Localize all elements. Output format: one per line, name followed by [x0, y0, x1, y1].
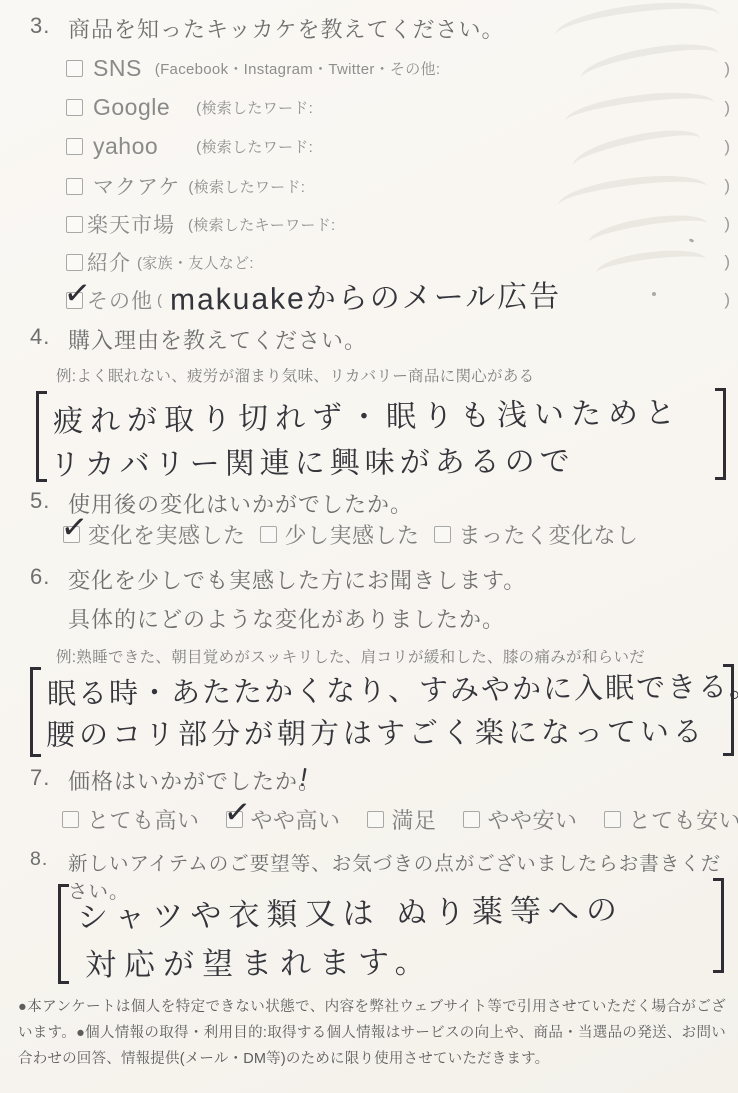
q3-option-yahoo: yahoo (検索したワード: ) [66, 133, 730, 160]
handwritten-answer-q4-line1: 疲れが取り切れず・眠りも浅いためと [53, 388, 683, 441]
q7-option-very-expensive-label: とても高い [87, 804, 200, 835]
q5-option-slight-change-label: 少し実感した [285, 519, 420, 550]
answer-bracket-left [36, 391, 47, 482]
checkbox-satisfied[interactable] [367, 811, 384, 828]
q7-options: とても高い ✓ やや高い 満足 やや安い とても安い [62, 804, 738, 835]
q3-option-rakuten: 楽天市場 (検索したキーワード: ) [66, 209, 730, 239]
question-6-title: 6. 変化を少しでも実感した方にお聞きします。 [30, 564, 526, 595]
question-4-text: 購入理由を教えてください。 [68, 324, 367, 355]
q3-option-makuake-detail: (検索したワード: [188, 176, 305, 197]
q3-option-rakuten-detail: (検索したキーワード: [188, 214, 335, 235]
checkbox-referral[interactable] [66, 254, 83, 271]
close-paren: ) [724, 214, 730, 234]
handwritten-answer-q4-line2: リカバリー関連に興味があるので [50, 436, 575, 484]
checkbox-yahoo[interactable] [66, 138, 83, 155]
question-7-title: 7. 価格はいかがでしたか。 [30, 765, 321, 796]
answer-bracket-left [30, 667, 41, 757]
close-paren: ) [724, 252, 730, 272]
question-3-text: 商品を知ったキッカケを教えてください。 [68, 13, 505, 44]
handwritten-answer-q8-line1: シャツや衣類又は ぬり薬等への [77, 884, 625, 937]
question-6-number: 6. [30, 564, 52, 595]
checkbox-makuake[interactable] [66, 178, 83, 195]
question-3-title: 3. 商品を知ったキッカケを教えてください。 [30, 13, 505, 44]
q5-option-slight-change: 少し実感した [260, 519, 420, 550]
q3-option-google: Google (検索したワード: ) [66, 94, 730, 121]
q7-option-very-expensive: とても高い [62, 804, 200, 835]
question-5-number: 5. [30, 488, 52, 519]
q3-option-makuake-label: マクアケ [93, 171, 180, 201]
answer-bracket-left [58, 884, 69, 984]
q7-option-satisfied-label: 満足 [392, 804, 437, 835]
question-7-number: 7. [30, 765, 52, 796]
close-paren: ) [724, 59, 730, 79]
checkbox-very-expensive[interactable] [62, 811, 79, 828]
q5-option-felt-change: ✓ 変化を実感した [63, 519, 246, 550]
checkbox-felt-change[interactable]: ✓ [63, 526, 80, 543]
checkbox-google[interactable] [66, 99, 83, 116]
handwritten-answer-q3-other: makuakeからのメール広告 [170, 271, 562, 318]
checkbox-other[interactable]: ✓ [66, 292, 83, 309]
checkbox-somewhat-cheap[interactable] [463, 811, 480, 828]
q5-options: ✓ 変化を実感した 少し実感した まったく変化なし [63, 519, 639, 550]
question-4-number: 4. [30, 324, 52, 355]
q4-example: 例:よく眠れない、疲労が溜まり気味、リカバリー商品に関心がある [56, 364, 534, 386]
check-mark: ✓ [222, 795, 252, 830]
answer-bracket-right [713, 878, 724, 973]
q5-option-no-change-label: まったく変化なし [459, 519, 639, 550]
close-paren: ) [724, 290, 730, 310]
q3-option-sns-detail: (Facebook・Instagram・Twitter・その他: [155, 58, 441, 79]
q7-option-satisfied: 満足 [367, 804, 437, 835]
question-5-title: 5. 使用後の変化はいかがでしたか。 [30, 488, 413, 519]
q3-option-sns-label: SNS [93, 55, 142, 82]
q5-option-no-change: まったく変化なし [434, 519, 639, 550]
q3-option-yahoo-label: yahoo [93, 133, 158, 160]
checkbox-slight-change[interactable] [260, 526, 277, 543]
q7-option-very-cheap: とても安い [604, 804, 738, 835]
question-3-number: 3. [30, 13, 52, 44]
q7-option-somewhat-expensive: ✓ やや高い [226, 804, 341, 835]
question-5-text: 使用後の変化はいかがでしたか。 [68, 488, 413, 519]
q3-option-other-label: その他 [87, 285, 153, 315]
scan-smudge [553, 0, 722, 55]
checkbox-somewhat-expensive[interactable]: ✓ [226, 811, 243, 828]
q7-option-somewhat-cheap: やや安い [463, 804, 578, 835]
handwritten-answer-q8-line2: 対応が望まれます。 [85, 936, 434, 984]
q3-option-sns: SNS (Facebook・Instagram・Twitter・その他: ) [66, 55, 730, 82]
question-6-text: 変化を少しでも実感した方にお聞きします。 [68, 564, 526, 595]
q3-option-referral-label: 紹介 [87, 247, 131, 277]
checkbox-very-cheap[interactable] [604, 811, 621, 828]
privacy-notice: ●本アンケートは個人を特定できない状態で、内容を弊社ウェブサイト等で引用させてい… [18, 994, 726, 1072]
question-7-text: 価格はいかがでしたか。 [68, 765, 321, 796]
answer-bracket-right [715, 388, 726, 480]
survey-sheet: 3. 商品を知ったキッカケを教えてください。 SNS (Facebook・Ins… [0, 0, 738, 1093]
q3-option-other[interactable]: ✓ その他 ( makuakeからのメール広告 ) [66, 278, 730, 322]
question-8-number: 8. [30, 848, 52, 904]
q3-option-other-detail: ( [157, 292, 162, 309]
handwritten-answer-q6-line1: 眠る時・あたたかくなり、すみやかに入眠できる。 [47, 664, 738, 712]
close-paren: ) [724, 176, 730, 196]
q3-option-rakuten-label: 楽天市場 [87, 209, 175, 239]
q6-subtitle: 具体的にどのような変化がありましたか。 [68, 603, 505, 634]
q3-option-google-label: Google [93, 94, 170, 121]
handwritten-answer-q6-line2: 腰のコリ部分が朝方はすごく楽になっている [46, 709, 706, 753]
checkbox-rakuten[interactable] [66, 216, 83, 233]
checkbox-no-change[interactable] [434, 526, 451, 543]
q6-example: 例:熟睡できた、朝目覚めがスッキリした、肩コリが緩和した、膝の痛みが和らいだ [56, 645, 645, 667]
question-4-title: 4. 購入理由を教えてください。 [30, 324, 367, 355]
close-paren: ) [724, 98, 730, 118]
checkbox-sns[interactable] [66, 60, 83, 77]
q3-option-yahoo-detail: (検索したワード: [196, 136, 313, 157]
q3-option-google-detail: (検索したワード: [196, 97, 313, 118]
q5-option-felt-change-label: 変化を実感した [88, 519, 246, 550]
q3-option-makuake: マクアケ (検索したワード: ) [66, 171, 730, 201]
q7-option-very-cheap-label: とても安い [629, 804, 738, 835]
q7-option-somewhat-cheap-label: やや安い [488, 804, 578, 835]
q3-option-referral-detail: (家族・友人など: [137, 252, 254, 273]
close-paren: ) [724, 137, 730, 157]
q7-option-somewhat-expensive-label: やや高い [251, 804, 341, 835]
